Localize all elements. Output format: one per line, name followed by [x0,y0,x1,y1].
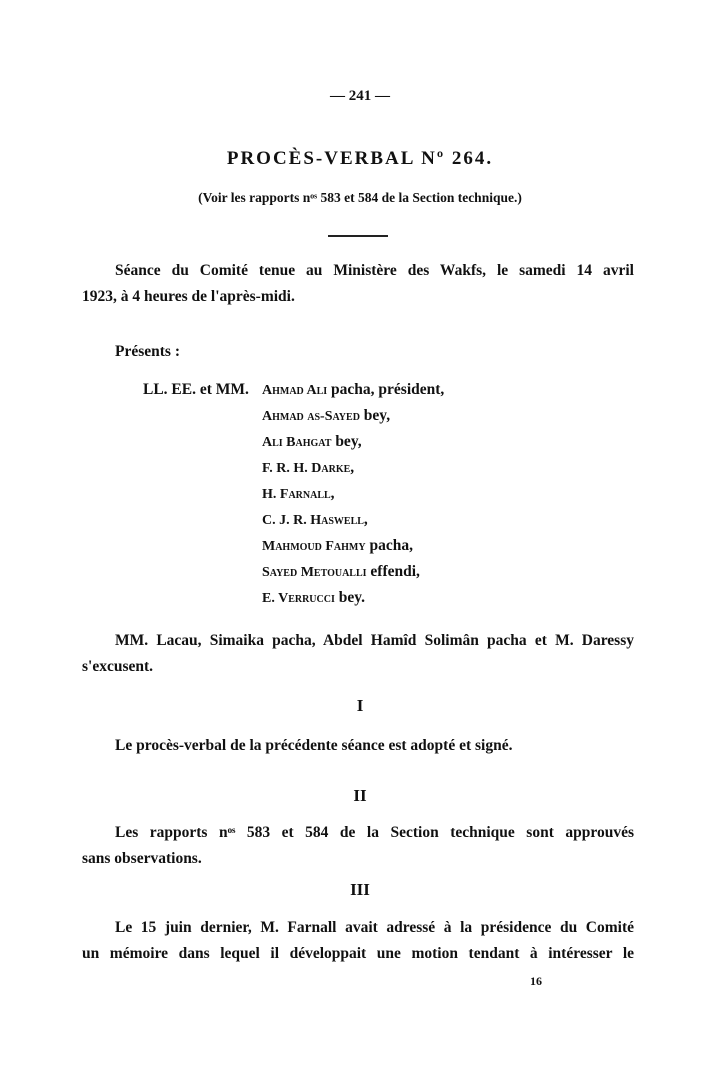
attendee: C. J. R. Haswell, [262,511,368,529]
section-1-paragraph: Le procès-verbal de la précédente séance… [82,733,634,759]
attendee: Ali Bahgat bey, [262,433,362,451]
attendee: Sayed Metoualli effendi, [262,563,420,581]
section-2-paragraph: Les rapports nᵒˢ 583 et 584 de la Sectio… [82,820,634,872]
section-numeral-1: I [0,696,720,716]
attendee: Ahmad Ali pacha, président, [262,381,444,399]
section-3-line-2: un mémoire dans lequel il développait un… [82,941,634,967]
opening-line-2: 1923, à 4 heures de l'après-midi. [82,284,634,310]
opening-paragraph: Séance du Comité tenue au Ministère des … [82,258,634,310]
title-divider [328,235,388,237]
opening-line-1: Séance du Comité tenue au Ministère des … [82,258,634,284]
section-1-line-1: Le procès-verbal de la précédente séance… [82,733,634,759]
presents-label: Présents : [115,343,180,361]
document-page: — 241 — PROCÈS-VERBAL Nº 264. (Voir les … [0,0,720,1082]
signature-mark: 16 [530,974,542,989]
attendee: Mahmoud Fahmy pacha, [262,537,413,555]
attendee: Ahmad as-Sayed bey, [262,407,390,425]
section-3-paragraph: Le 15 juin dernier, M. Farnall avait adr… [82,915,634,967]
page-subtitle: (Voir les rapports nᵒˢ 583 et 584 de la … [0,190,720,206]
excuses-line-1: MM. Lacau, Simaika pacha, Abdel Hamîd So… [82,628,634,654]
excuses-line-2: s'excusent. [82,654,634,680]
section-2-line-2: sans observations. [82,846,634,872]
section-numeral-2: II [0,786,720,806]
attendee: H. Farnall, [262,485,335,503]
attendees-lead: LL. EE. et MM. [143,381,249,399]
attendee: F. R. H. Darke, [262,459,354,477]
excuses-paragraph: MM. Lacau, Simaika pacha, Abdel Hamîd So… [82,628,634,680]
page-folio: — 241 — [0,88,720,105]
attendee: E. Verrucci bey. [262,589,365,607]
section-2-line-1: Les rapports nᵒˢ 583 et 584 de la Sectio… [82,820,634,846]
section-3-line-1: Le 15 juin dernier, M. Farnall avait adr… [82,915,634,941]
section-numeral-3: III [0,880,720,900]
page-title: PROCÈS-VERBAL Nº 264. [0,148,720,170]
